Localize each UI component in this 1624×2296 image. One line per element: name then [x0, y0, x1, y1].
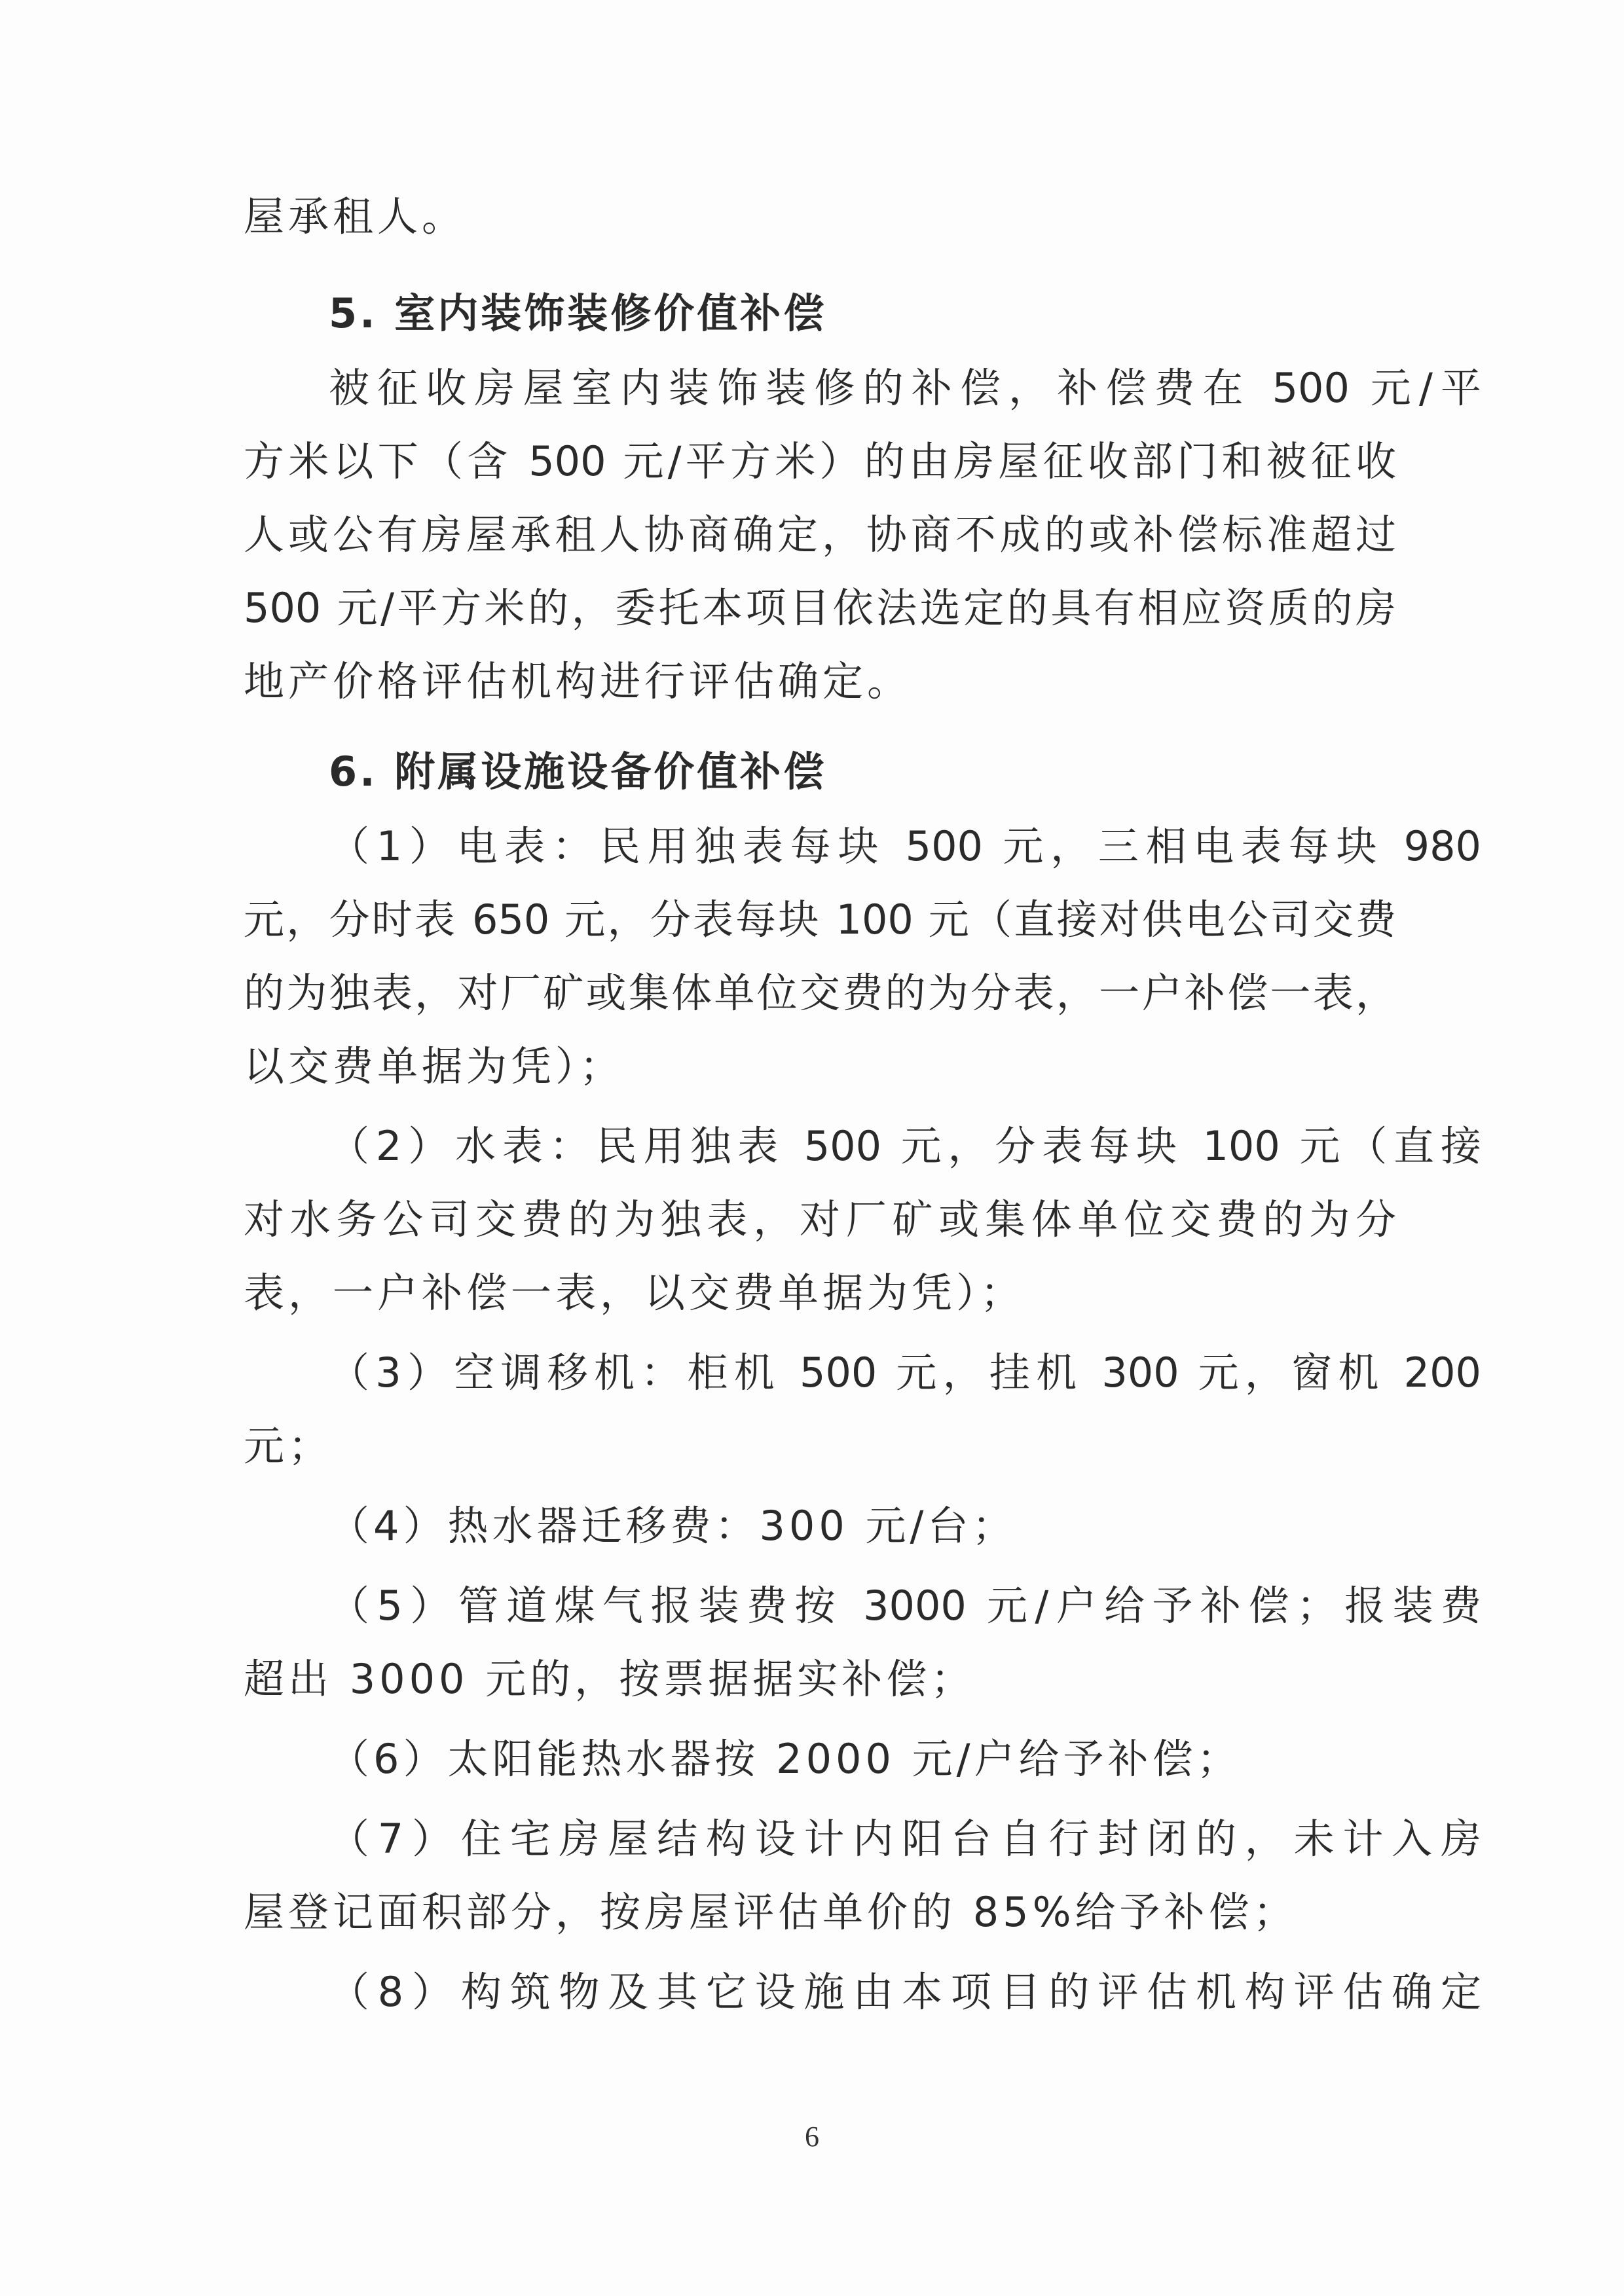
document-page: 屋承租人。 5. 室内装饰装修价值补偿 被征收房屋室内装饰装修的补偿，补偿费在 … [0, 0, 1624, 2296]
section-heading: 6. 附属设施设备价值补偿 [244, 752, 1481, 792]
text-line: 方米以下（含 500 元/平方米）的由房屋征收部门和被征收 [244, 441, 1396, 482]
section-heading: 5. 室内装饰装修价值补偿 [244, 293, 1481, 334]
text-line: （3）空调移机：柜机 500 元，挂机 300 元，窗机 200 [244, 1353, 1481, 1393]
text-line: （4）热水器迁移费：300 元/台； [244, 1506, 1481, 1546]
text-line: 500 元/平方米的，委托本项目依法选定的具有相应资质的房 [244, 588, 1396, 629]
text-line: （7）住宅房屋结构设计内阳台自行封闭的，未计入房 [244, 1819, 1481, 1859]
text-line: 表，一户补偿一表，以交费单据为凭）； [244, 1273, 1396, 1313]
text-line: （2）水表：民用独表 500 元，分表每块 100 元（直接 [244, 1126, 1481, 1167]
text-line: 地产价格评估机构进行评估确定。 [244, 661, 1396, 702]
text-line: 被征收房屋室内装饰装修的补偿，补偿费在 500 元/平 [244, 368, 1481, 409]
text-line: （5）管道煤气报装费按 3000 元/户给予补偿；报装费 [244, 1586, 1481, 1626]
text-line: 的为独表，对厂矿或集体单位交费的为分表，一户补偿一表， [244, 973, 1396, 1013]
text-line: （8）构筑物及其它设施由本项目的评估机构评估确定 [244, 1972, 1481, 2013]
text-line: 屋承租人。 [244, 196, 1396, 237]
text-line: 对水务公司交费的为独表，对厂矿或集体单位交费的为分 [244, 1199, 1396, 1240]
text-line: 人或公有房屋承租人协商确定，协商不成的或补偿标准超过 [244, 515, 1396, 555]
text-line: 元； [244, 1426, 1396, 1467]
page-number: 6 [0, 2120, 1624, 2153]
text-line: 元，分时表 650 元，分表每块 100 元（直接对供电公司交费 [244, 900, 1396, 940]
text-line: 屋登记面积部分，按房屋评估单价的 85%给予补偿； [244, 1892, 1396, 1933]
text-line: 超出 3000 元的，按票据据实补偿； [244, 1659, 1396, 1700]
text-line: （6）太阳能热水器按 2000 元/户给予补偿； [244, 1739, 1481, 1779]
text-line: （1）电表：民用独表每块 500 元，三相电表每块 980 [244, 826, 1481, 867]
text-line: 以交费单据为凭）； [244, 1046, 1396, 1087]
